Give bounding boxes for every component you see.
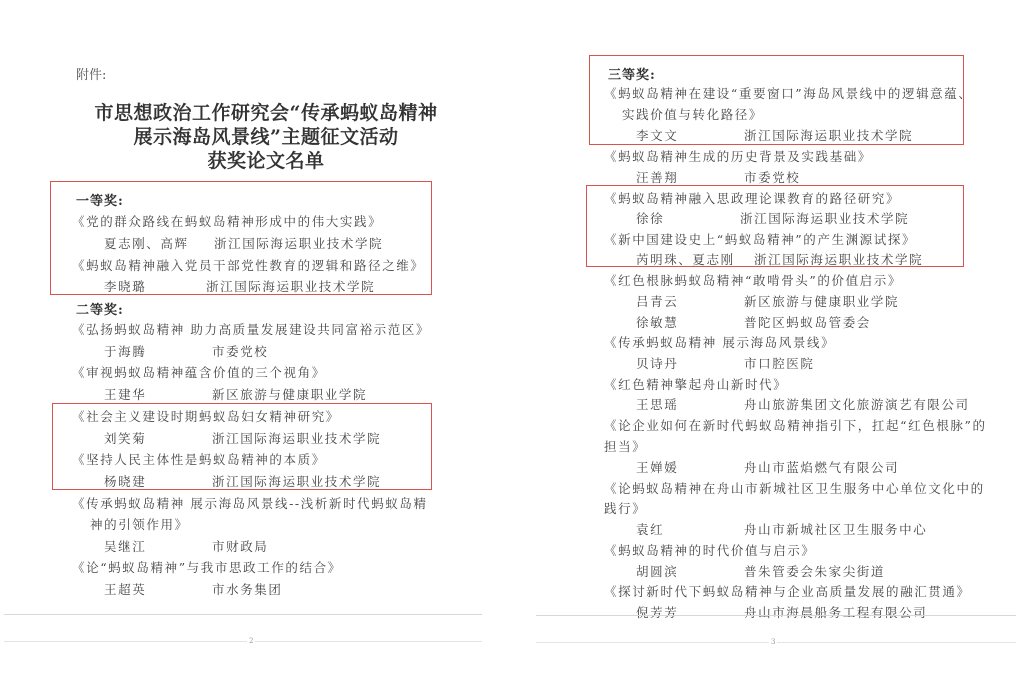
paper-organization: 普朱管委会朱家尖街道 [744,562,885,580]
paper-authors: 贝诗丹 [636,354,678,372]
paper-organization: 舟山市新城社区卫生服务中心 [744,520,927,538]
paper-organization: 浙江国际海运职业技术学院 [744,126,913,144]
attachment-label: 附件: [76,64,106,83]
paper-title: 《党的群众路线在蚂蚁岛精神形成中的伟大实践》 [72,212,382,230]
paper-authors: 夏志刚、高辉 [104,234,189,252]
paper-authors: 徐徐 [636,209,664,227]
paper-authors: 倪芳芳 [636,603,678,621]
paper-organization: 浙江国际海运职业技术学院 [214,234,383,252]
paper-title: 《蚂蚁岛精神在建设“重要窗口”海岛风景线中的逻辑意蕴、 [604,84,972,102]
page-break-line [4,614,482,615]
document-title-line-2: 展示海岛风景线”主题征文活动 [56,122,476,149]
paper-title: 《蚂蚁岛精神融入思政理论课教育的路径研究》 [604,189,900,207]
paper-organization: 舟山市蓝焰燃气有限公司 [744,458,899,476]
page-number: 2 [247,637,255,645]
paper-authors: 王建华 [104,385,146,403]
paper-organization: 普陀区蚂蚁岛管委会 [744,313,871,331]
first-prize-heading: 一等奖: [76,190,124,209]
paper-authors: 徐敏慧 [636,313,678,331]
paper-title: 《论蚂蚁岛精神在舟山市新城社区卫生服务中心单位文化中的 [604,479,985,497]
paper-organization: 市口腔医院 [744,354,815,372]
paper-title: 《审视蚂蚁岛精神蕴含价值的三个视角》 [72,363,326,381]
paper-organization: 浙江国际海运职业技术学院 [206,277,375,295]
paper-authors: 芮明珠、夏志刚 [636,250,735,268]
paper-authors: 于海腾 [104,342,146,360]
paper-title: 《论“蚂蚁岛精神”与我市思政工作的结合》 [72,558,342,576]
paper-organization: 市水务集团 [212,580,283,598]
page-break-line [536,615,1016,616]
paper-authors: 杨晓建 [104,472,146,490]
paper-organization: 浙江国际海运职业技术学院 [740,209,909,227]
paper-authors: 王超英 [104,580,146,598]
paper-organization: 浙江国际海运职业技术学院 [754,250,923,268]
paper-title: 《社会主义建设时期蚂蚁岛妇女精神研究》 [72,407,340,425]
paper-authors: 吴继江 [104,537,146,555]
paper-title: 《探讨新时代下蚂蚁岛精神与企业高质量发展的融汇贯通》 [604,582,971,600]
paper-organization: 浙江国际海运职业技术学院 [212,429,381,447]
paper-title-continued: 实践价值与转化路径》 [622,105,763,123]
paper-organization: 舟山旅游集团文化旅游演艺有限公司 [744,395,970,413]
paper-authors: 汪善翔 [636,168,678,186]
paper-organization: 舟山市海晨船务工程有限公司 [744,603,927,621]
paper-title: 《红色根脉蚂蚁岛精神“敢啃骨头”的价值启示》 [604,271,902,289]
page-number: 3 [769,638,777,646]
document-title-line-1: 市思想政治工作研究会“传承蚂蚁岛精神 [56,98,476,125]
paper-organization: 市委党校 [212,342,268,360]
paper-authors: 吕青云 [636,292,678,310]
document-page-left: 附件: 市思想政治工作研究会“传承蚂蚁岛精神 展示海岛风景线”主题征文活动 获奖… [0,0,512,696]
paper-organization: 新区旅游与健康职业学院 [744,292,899,310]
paper-title: 《坚持人民主体性是蚂蚁岛精神的本质》 [72,450,326,468]
paper-title-continued: 神的引领作用》 [90,515,189,533]
paper-authors: 袁红 [636,520,664,538]
paper-authors: 李文文 [636,126,678,144]
paper-authors: 胡圆滨 [636,562,678,580]
paper-title: 《传承蚂蚁岛精神 展示海岛风景线--浅析新时代蚂蚁岛精 [72,494,428,512]
paper-title: 《红色精神擎起舟山新时代》 [604,375,787,393]
paper-title: 《蚂蚁岛精神生成的历史背景及实践基础》 [604,147,872,165]
paper-authors: 刘笑菊 [104,429,146,447]
document-page-right: 三等奖: 《蚂蚁岛精神在建设“重要窗口”海岛风景线中的逻辑意蕴、 实践价值与转化… [512,0,1024,696]
paper-organization: 浙江国际海运职业技术学院 [212,472,381,490]
paper-title: 《弘扬蚂蚁岛精神 助力高质量发展建设共同富裕示范区》 [72,320,430,338]
document-title-line-3: 获奖论文名单 [56,146,476,173]
paper-title: 《新中国建设史上“蚂蚁岛精神”的产生渊源试探》 [604,230,916,248]
second-prize-heading: 二等奖: [76,299,124,318]
paper-authors: 李晓璐 [104,277,146,295]
paper-title: 《蚂蚁岛精神融入党员干部党性教育的逻辑和路径之维》 [72,256,425,274]
paper-title: 《论企业如何在新时代蚂蚁岛精神指引下，扛起“红色根脉”的 [604,416,987,434]
paper-organization: 新区旅游与健康职业学院 [212,385,367,403]
paper-title-continued: 担当》 [604,437,646,455]
paper-organization: 市委党校 [744,168,800,186]
footer-line [4,641,482,642]
paper-authors: 王思瑶 [636,395,678,413]
paper-authors: 王婵媛 [636,458,678,476]
paper-organization: 市财政局 [212,537,268,555]
paper-title: 《传承蚂蚁岛精神 展示海岛风景线》 [604,333,835,351]
paper-title-continued: 践行》 [604,499,646,517]
paper-title: 《蚂蚁岛精神的时代价值与启示》 [604,541,816,559]
third-prize-heading: 三等奖: [608,64,656,83]
